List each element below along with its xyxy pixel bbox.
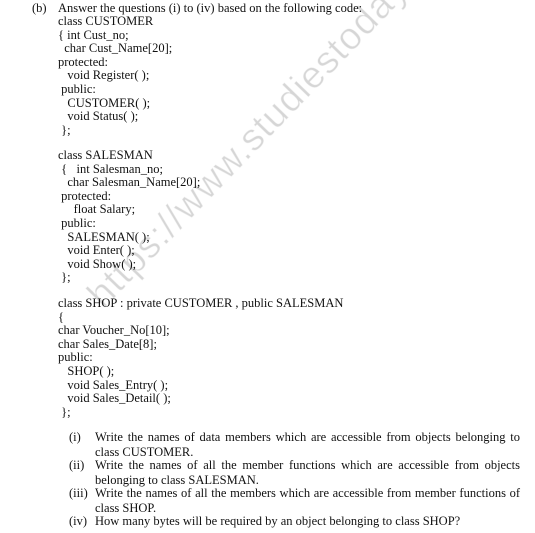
subquestion-text: Write the names of all the members which… bbox=[95, 486, 520, 515]
code-line: void Sales_Entry( ); bbox=[58, 378, 168, 392]
subquestion-label: (iii) bbox=[69, 486, 88, 500]
code-line: class SALESMAN bbox=[58, 148, 153, 162]
code-line: char Sales_Date[8]; bbox=[58, 337, 157, 351]
code-line: void Enter( ); bbox=[58, 243, 135, 257]
code-line: { int Salesman_no; bbox=[58, 162, 163, 176]
code-line: protected: bbox=[58, 189, 111, 203]
code-line: }; bbox=[58, 405, 71, 419]
code-line: class SHOP : private CUSTOMER , public S… bbox=[58, 296, 343, 310]
question-label: (b) bbox=[32, 1, 47, 15]
code-line: void Register( ); bbox=[58, 68, 149, 82]
code-line: { int Cust_no; bbox=[58, 28, 129, 42]
subquestion-label: (ii) bbox=[69, 458, 84, 472]
subquestion-label: (iv) bbox=[69, 514, 87, 528]
code-line: float Salary; bbox=[58, 202, 135, 216]
code-line: { bbox=[58, 310, 64, 324]
code-line: public: bbox=[58, 82, 96, 96]
subquestion-text: Write the names of data members which ar… bbox=[95, 430, 520, 459]
code-line: char Salesman_Name[20]; bbox=[58, 175, 200, 189]
question-prompt: Answer the questions (i) to (iv) based o… bbox=[58, 1, 362, 15]
code-line: public: bbox=[58, 216, 96, 230]
code-line: SALESMAN( ); bbox=[58, 230, 150, 244]
code-line: void Show( ); bbox=[58, 257, 136, 271]
subquestion-text: How many bytes will be required by an ob… bbox=[95, 514, 520, 529]
code-line: class CUSTOMER bbox=[58, 14, 153, 28]
code-line: char Cust_Name[20]; bbox=[58, 41, 172, 55]
code-line: char Voucher_No[10]; bbox=[58, 323, 170, 337]
code-line: void Status( ); bbox=[58, 109, 138, 123]
code-line: CUSTOMER( ); bbox=[58, 96, 150, 110]
code-line: public: bbox=[58, 350, 93, 364]
code-line: }; bbox=[58, 270, 71, 284]
code-line: void Sales_Detail( ); bbox=[58, 391, 171, 405]
code-line: protected: bbox=[58, 55, 108, 69]
subquestion-text: Write the names of all the member functi… bbox=[95, 458, 520, 487]
code-line: }; bbox=[58, 123, 71, 137]
subquestion-label: (i) bbox=[69, 430, 81, 444]
code-line: SHOP( ); bbox=[58, 364, 114, 378]
